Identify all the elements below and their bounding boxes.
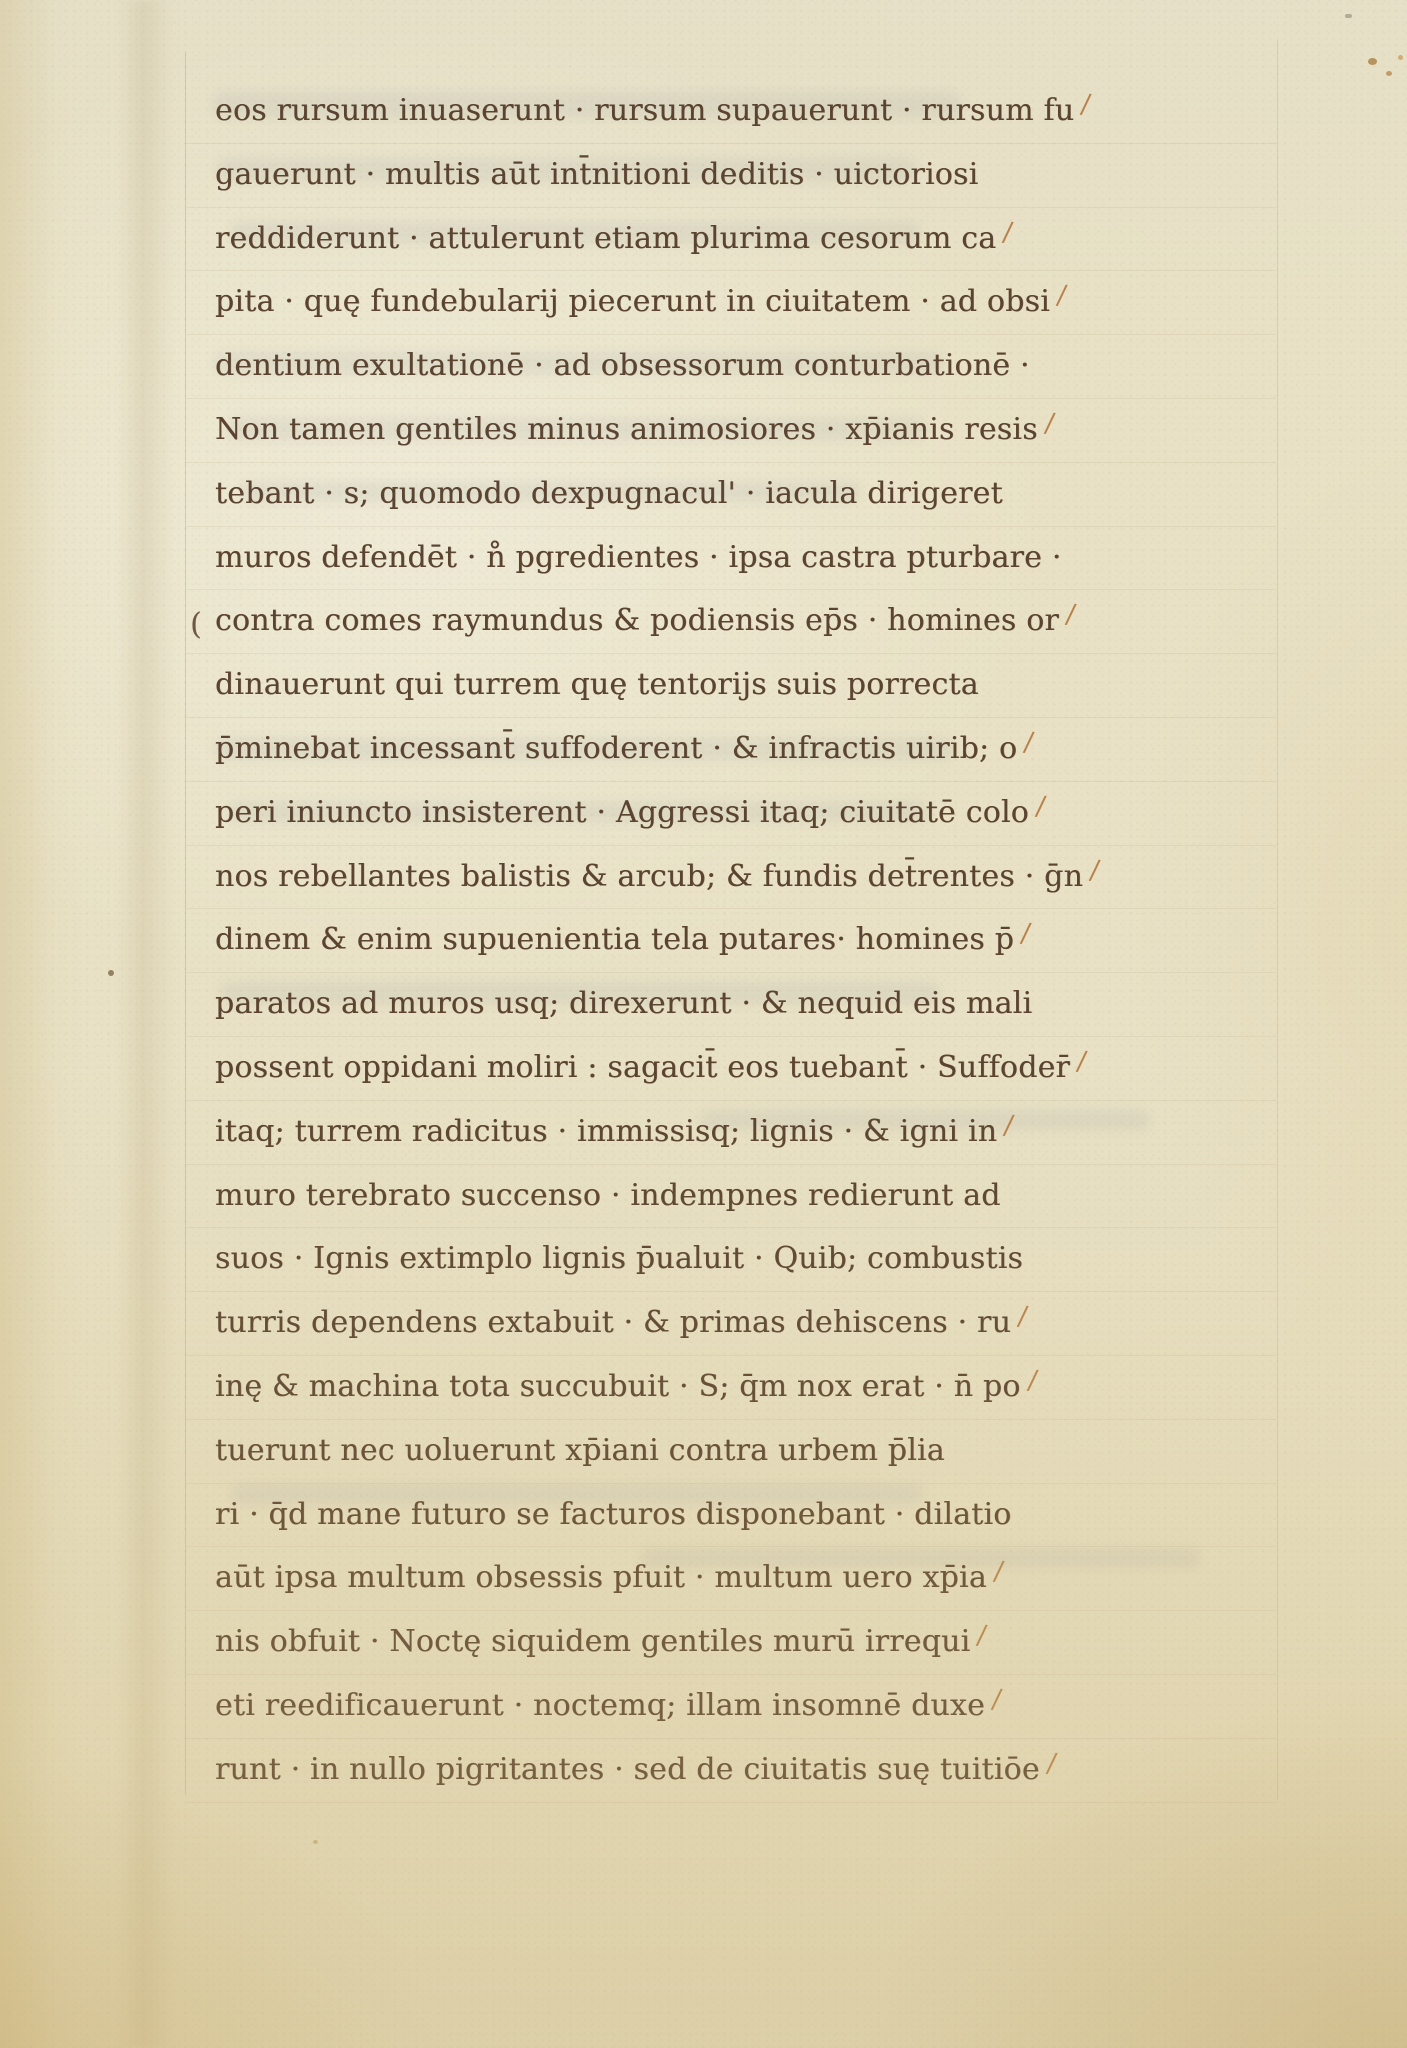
ink-stain [1368,58,1377,65]
line-end-tick: / [1014,1286,1032,1349]
manuscript-line: eos rursum inuaserunt · rursum supauerun… [186,80,1276,144]
manuscript-line: possent oppidani moliri : sagacit̄ eos t… [186,1037,1276,1101]
manuscript-line: Non tamen gentiles minus animosiores · x… [186,399,1276,463]
line-text: gauerunt · multis aūt int̄nitioni dediti… [215,157,978,192]
line-end-tick: / [990,1541,1008,1604]
line-text: itaq; turrem radicitus · immissisq; lign… [215,1114,997,1149]
line-end-tick: / [973,1605,991,1668]
line-text: muro terebrato succenso · indempnes redi… [215,1178,1001,1213]
line-end-tick: / [999,201,1017,264]
line-end-tick: / [1062,584,1080,647]
manuscript-line: peri iniuncto insisterent · Aggressi ita… [186,782,1276,846]
line-text: inę & machina tota succubuit · S; q̄m no… [215,1369,1021,1404]
manuscript-line: itaq; turrem radicitus · immissisq; lign… [186,1101,1276,1165]
line-end-tick: / [1077,74,1095,137]
manuscript-line: (contra comes raymundus & podiensis ep̄s… [186,590,1276,654]
line-end-tick: / [1000,1094,1018,1157]
line-end-tick: / [1042,1732,1060,1795]
line-text: suos · Ignis extimplo lignis p̄ualuit · … [215,1241,1023,1276]
line-text: ri · q̄d mane futuro se facturos dispone… [215,1497,1012,1532]
ink-stain [1386,71,1392,76]
line-text: peri iniuncto insisterent · Aggressi ita… [215,795,1029,830]
line-text: possent oppidani moliri : sagacit̄ eos t… [215,1050,1070,1085]
manuscript-line: turris dependens extabuit · & primas deh… [186,1292,1276,1356]
manuscript-line: dinauerunt qui turrem quę tentorijs suis… [186,654,1276,718]
line-text: nis obfuit · Noctę siquidem gentiles mur… [215,1624,970,1659]
ink-stain [108,970,114,976]
ruling-line-right [1277,40,1278,1800]
line-end-tick: / [1032,775,1050,838]
parchment-crease [118,0,174,2048]
manuscript-line: reddiderunt · attulerunt etiam plurima c… [186,208,1276,272]
line-end-tick: / [988,1669,1006,1732]
manuscript-line: muro terebrato succenso · indempnes redi… [186,1165,1276,1229]
ink-stain [313,1840,318,1844]
line-text: eos rursum inuaserunt · rursum supauerun… [215,93,1074,128]
manuscript-line: tuerunt nec uoluerunt xp̄iani contra urb… [186,1420,1276,1484]
manuscript-line: pita · quę fundebularij piecerunt in ciu… [186,271,1276,335]
line-end-tick: / [1053,265,1071,328]
line-text: turris dependens extabuit · & primas deh… [215,1305,1011,1340]
line-end-tick: / [1040,393,1058,456]
manuscript-line: runt · in nullo pigritantes · sed de ciu… [186,1739,1276,1803]
line-text: dinem & enim supuenientia tela putares· … [215,922,1014,957]
manuscript-line: muros defendēt · n̊ pgredientes · ipsa c… [186,527,1276,591]
line-text: eti reedificauerunt · noctemq; illam ins… [215,1688,985,1723]
line-text: dinauerunt qui turrem quę tentorijs suis… [215,667,979,702]
ink-stain [1345,14,1352,18]
manuscript-line: nos rebellantes balistis & arcub; & fund… [186,846,1276,910]
line-text: p̄minebat incessant̄ suffoderent · & inf… [215,731,1017,766]
manuscript-line: nis obfuit · Noctę siquidem gentiles mur… [186,1611,1276,1675]
line-text: contra comes raymundus & podiensis ep̄s … [215,603,1059,638]
line-text: tebant · s; quomodo dexpugnacul' · iacul… [215,476,1003,511]
manuscript-line: tebant · s; quomodo dexpugnacul' · iacul… [186,463,1276,527]
line-text: tuerunt nec uoluerunt xp̄iani contra urb… [215,1433,945,1468]
line-text: dentium exultationē · ad obsessorum cont… [215,348,1030,383]
line-text: pita · quę fundebularij piecerunt in ciu… [215,284,1050,319]
line-text: nos rebellantes balistis & arcub; & fund… [215,859,1083,894]
manuscript-line: dinem & enim supuenientia tela putares· … [186,909,1276,973]
line-end-tick: / [1017,903,1035,966]
manuscript-line: p̄minebat incessant̄ suffoderent · & inf… [186,718,1276,782]
manuscript-line: ri · q̄d mane futuro se facturos dispone… [186,1484,1276,1548]
marginal-mark: ( [190,594,202,657]
line-end-tick: / [1020,712,1038,775]
manuscript-page: eos rursum inuaserunt · rursum supauerun… [0,0,1407,2048]
manuscript-line: suos · Ignis extimplo lignis p̄ualuit · … [186,1228,1276,1292]
manuscript-line: paratos ad muros usq; direxerunt · & neq… [186,973,1276,1037]
manuscript-line: eti reedificauerunt · noctemq; illam ins… [186,1675,1276,1739]
line-text: muros defendēt · n̊ pgredientes · ipsa c… [215,540,1062,575]
line-text: Non tamen gentiles minus animosiores · x… [215,412,1038,447]
manuscript-line: inę & machina tota succubuit · S; q̄m no… [186,1356,1276,1420]
line-text: runt · in nullo pigritantes · sed de ciu… [215,1752,1040,1787]
manuscript-line: aūt ipsa multum obsessis pfuit · multum … [186,1547,1276,1611]
manuscript-line: gauerunt · multis aūt int̄nitioni dediti… [186,144,1276,208]
line-text: paratos ad muros usq; direxerunt · & neq… [215,986,1032,1021]
manuscript-line: dentium exultationē · ad obsessorum cont… [186,335,1276,399]
line-end-tick: / [1023,1350,1041,1413]
line-end-tick: / [1086,839,1104,902]
line-text: reddiderunt · attulerunt etiam plurima c… [215,221,996,256]
ink-stain [1398,55,1403,60]
text-block: eos rursum inuaserunt · rursum supauerun… [186,80,1276,1803]
line-end-tick: / [1073,1031,1091,1094]
line-text: aūt ipsa multum obsessis pfuit · multum … [215,1560,987,1595]
